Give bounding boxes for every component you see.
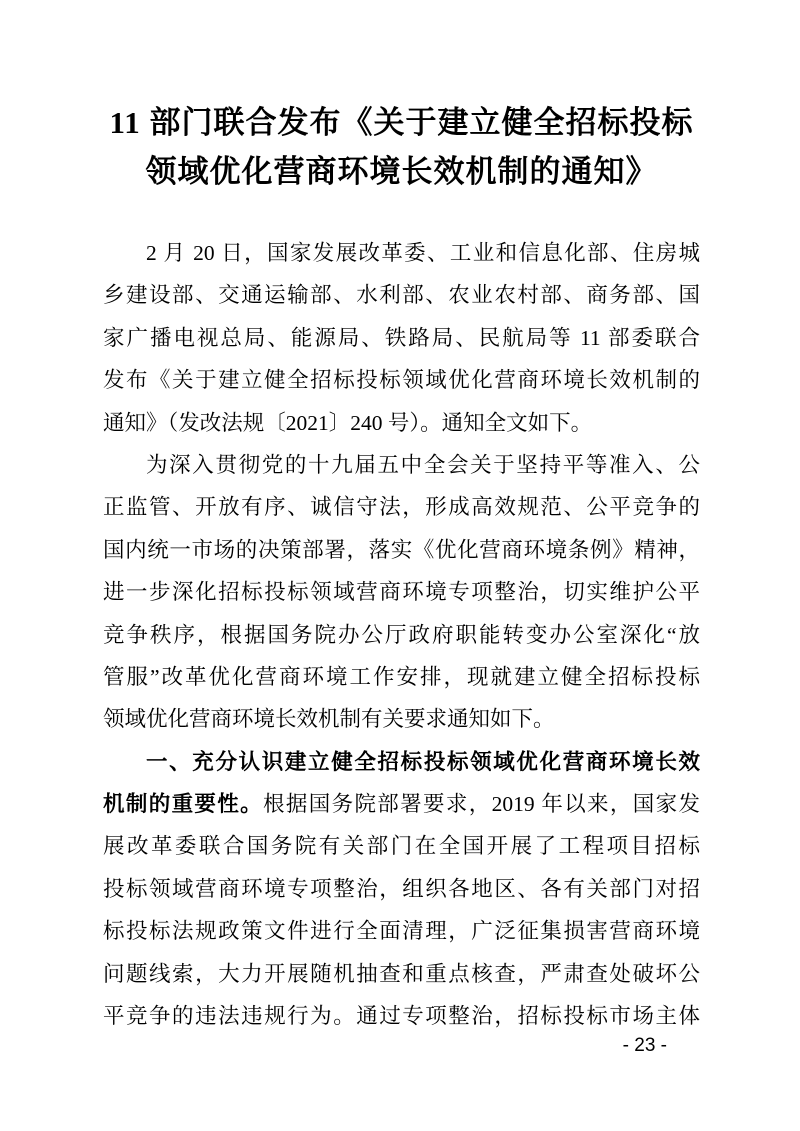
- paragraph2-line7: 领域优化营商环境长效机制有关要求通知如下。: [103, 698, 700, 740]
- paragraph3-line4: 投标领域营商环境专项整治，组织各地区、各有关部门对招: [103, 868, 700, 910]
- document-content: 11 部门联合发布《关于建立健全招标投标 领域优化营商环境长效机制的通知》 2 …: [103, 0, 700, 1037]
- section1-heading-line2: 机制的重要性。根据国务院部署要求，2019 年以来，国家发: [103, 783, 700, 825]
- section1-body-start: 根据国务院部署要求，2019 年以来，国家发: [263, 792, 700, 816]
- paragraph3-line7: 平竞争的违法违规行为。通过专项整治，招标投标市场主体: [103, 995, 700, 1037]
- paragraph1-line2: 乡建设部、交通运输部、水利部、农业农村部、商务部、国: [103, 274, 700, 316]
- paragraph1-line5: 通知》（发改法规〔2021〕240 号）。通知全文如下。: [103, 402, 700, 444]
- paragraph1-line1: 2 月 20 日，国家发展改革委、工业和信息化部、住房城: [103, 232, 700, 274]
- paragraph3-line5: 标投标法规政策文件进行全面清理，广泛征集损害营商环境: [103, 910, 700, 952]
- title-line-1: 11 部门联合发布《关于建立健全招标投标: [103, 98, 700, 147]
- section1-heading-bold-part: 机制的重要性。: [103, 792, 263, 816]
- paragraph2-line1: 为深入贯彻党的十九届五中全会关于坚持平等准入、公: [103, 444, 700, 486]
- document-title: 11 部门联合发布《关于建立健全招标投标 领域优化营商环境长效机制的通知》: [103, 98, 700, 196]
- paragraph2-line3: 国内统一市场的决策部署，落实《优化营商环境条例》精神，: [103, 529, 700, 571]
- paragraph2-line4: 进一步深化招标投标领域营商环境专项整治，切实维护公平: [103, 571, 700, 613]
- paragraph1-line3: 家广播电视总局、能源局、铁路局、民航局等 11 部委联合: [103, 317, 700, 359]
- title-line-2: 领域优化营商环境长效机制的通知》: [103, 147, 700, 196]
- paragraph2-line6: 管服”改革优化营商环境工作安排，现就建立健全招标投标: [103, 656, 700, 698]
- document-body: 2 月 20 日，国家发展改革委、工业和信息化部、住房城 乡建设部、交通运输部、…: [103, 232, 700, 1037]
- document-page: { "document": { "title": { "line1": "11 …: [0, 0, 800, 1131]
- paragraph3-line6: 问题线索，大力开展随机抽查和重点核查，严肃查处破坏公: [103, 953, 700, 995]
- page-number: - 23 -: [623, 1035, 667, 1057]
- paragraph2-line5: 竞争秩序，根据国务院办公厅政府职能转变办公室深化“放: [103, 614, 700, 656]
- paragraph3-line3: 展改革委联合国务院有关部门在全国开展了工程项目招标: [103, 825, 700, 867]
- paragraph1-line4: 发布《关于建立健全招标投标领域优化营商环境长效机制的: [103, 359, 700, 401]
- section1-heading-line1: 一、充分认识建立健全招标投标领域优化营商环境长效: [103, 741, 700, 783]
- paragraph2-line2: 正监管、开放有序、诚信守法，形成高效规范、公平竞争的: [103, 486, 700, 528]
